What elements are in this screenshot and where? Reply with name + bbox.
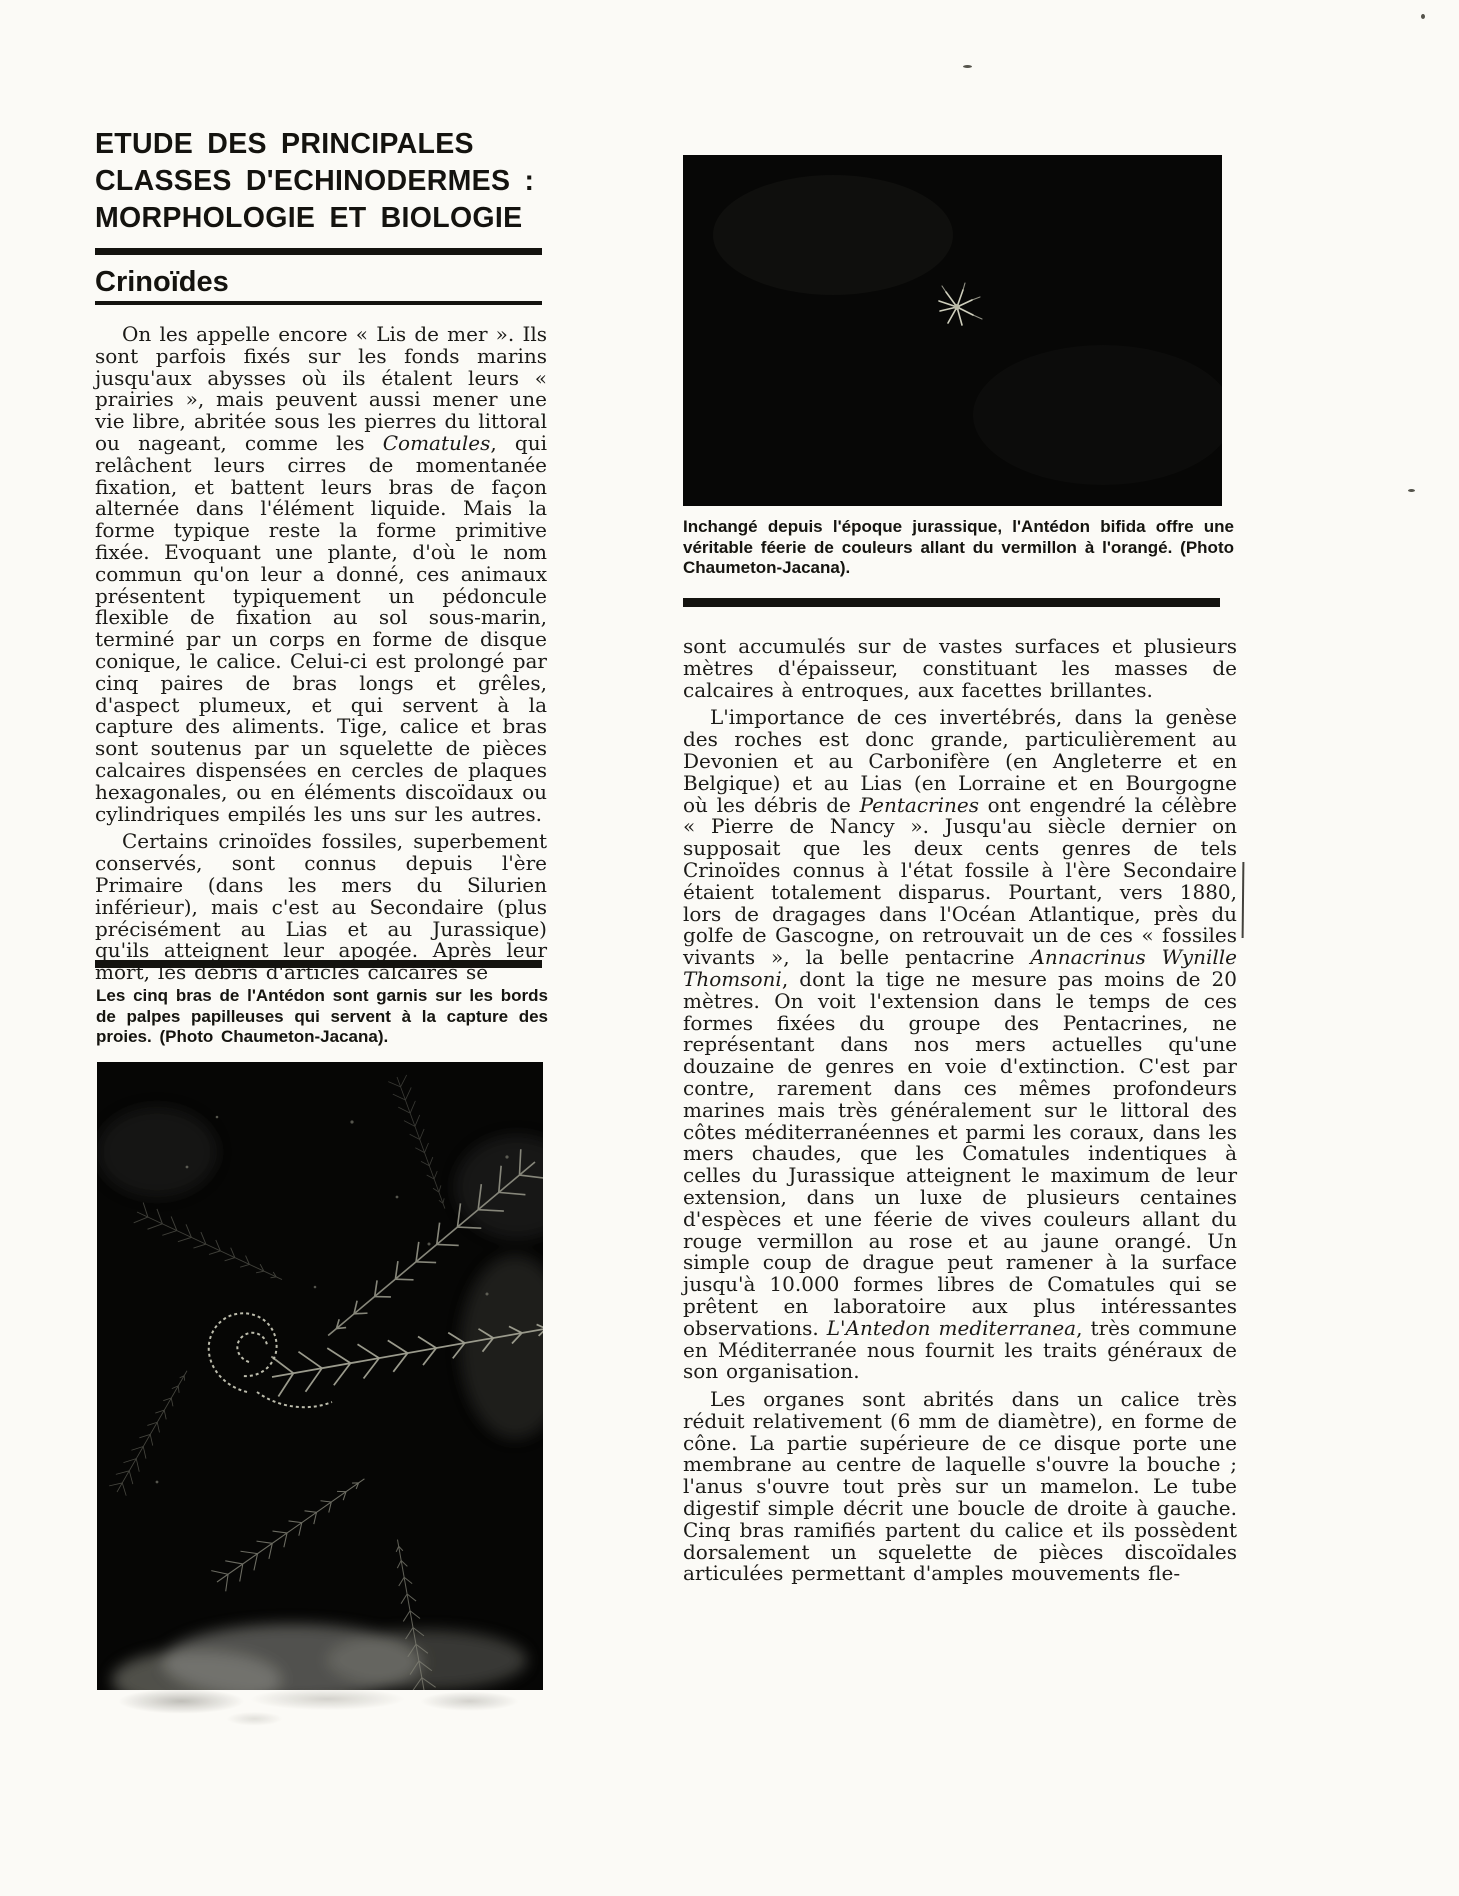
text-run: Les organes sont abrités dans un calice … bbox=[683, 1387, 1237, 1585]
crinoid-arms-illustration bbox=[97, 1062, 543, 1690]
scan-speck bbox=[1408, 489, 1415, 492]
scanned-page: { "colors": { "paper": "#fbfaf6", "ink":… bbox=[0, 0, 1459, 1896]
section-heading-crinoides: Crinoïdes bbox=[95, 266, 542, 298]
left-column-text: On les appelle encore « Lis de mer ». Il… bbox=[95, 324, 547, 984]
paragraph: Les organes sont abrités dans un calice … bbox=[683, 1389, 1237, 1585]
title-underline-rule bbox=[95, 248, 542, 255]
right-photo-caption: Inchangé depuis l'époque jurassique, l'A… bbox=[683, 517, 1234, 579]
text-run: ont engendré la célèbre « Pierre de Nanc… bbox=[683, 793, 1237, 970]
scan-speck bbox=[963, 65, 972, 68]
species-name-italic: Pentacrines bbox=[860, 793, 979, 817]
title-line: CLASSES D'ECHINODERMES : bbox=[95, 163, 555, 200]
species-name-italic: Comatules bbox=[383, 431, 491, 455]
paragraph: L'importance de ces invertébrés, dans la… bbox=[683, 707, 1237, 1383]
scan-speck bbox=[1421, 14, 1425, 19]
right-caption-bottom-rule bbox=[683, 598, 1220, 607]
page-title: ETUDE DES PRINCIPALES CLASSES D'ECHINODE… bbox=[95, 126, 555, 237]
right-column-text: sont accumulés sur de vastes surfaces et… bbox=[683, 636, 1237, 1585]
left-photo-caption: Les cinq bras de l'Antédon sont garnis s… bbox=[96, 986, 548, 1048]
text-run: , qui relâchent leurs cirres de momentan… bbox=[95, 431, 547, 826]
photo-antedon-bifida bbox=[683, 155, 1222, 506]
paragraph: sont accumulés sur de vastes surfaces et… bbox=[683, 636, 1237, 701]
scan-smudge-below-photo bbox=[104, 1688, 534, 1732]
text-run: sont accumulés sur de vastes surfaces et… bbox=[683, 634, 1237, 702]
paragraph: On les appelle encore « Lis de mer ». Il… bbox=[95, 324, 547, 825]
antedon-bifida-illustration bbox=[683, 155, 1222, 506]
photo-antedon-arms bbox=[97, 1062, 543, 1690]
scan-artifact-line bbox=[1242, 862, 1245, 938]
left-caption-top-rule bbox=[95, 960, 542, 968]
title-line: ETUDE DES PRINCIPALES bbox=[95, 126, 555, 163]
heading-underline-rule bbox=[95, 301, 542, 305]
title-line: MORPHOLOGIE ET BIOLOGIE bbox=[95, 200, 555, 237]
species-name-italic: L'Antedon mediterranea bbox=[827, 1316, 1076, 1340]
text-run: , dont la tige ne mesure pas moins de 20… bbox=[683, 967, 1237, 1340]
